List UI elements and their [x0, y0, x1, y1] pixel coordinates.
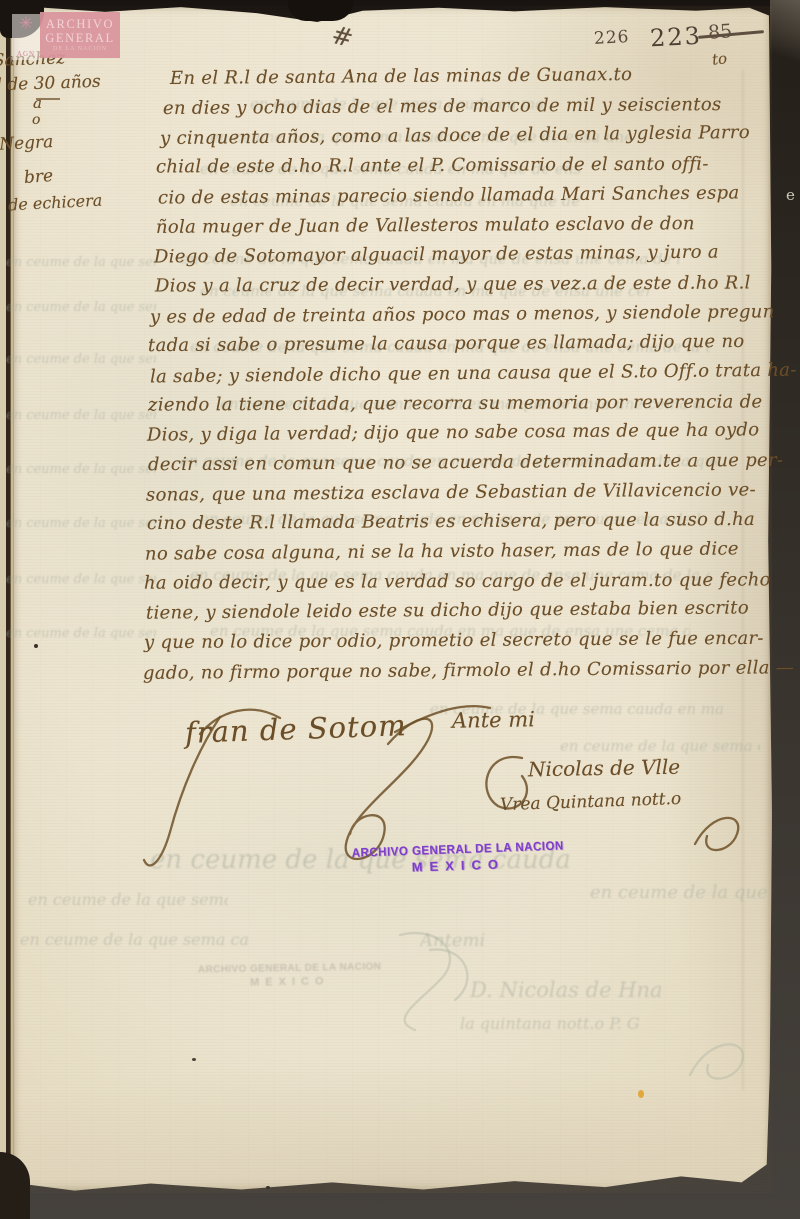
- paper-speck: [266, 1186, 270, 1189]
- ghost-margin-line: en ceume de la que sema cauda en ma que …: [6, 572, 156, 587]
- ghost-bleedthrough-line: en ceume de la que sema cauda en ma que …: [590, 882, 770, 903]
- body-line: decir assi en comun que no se acuerda de…: [148, 450, 783, 475]
- body-line: En el R.l de santa Ana de las minas de G…: [170, 64, 632, 89]
- ghost-margin-line: en ceume de la que sema cauda en ma que …: [6, 255, 156, 270]
- body-line: ñola muger de Juan de Vallesteros mulato…: [156, 213, 695, 238]
- agn-logo-box: ✳ AGN: [12, 14, 40, 60]
- ghost-bleedthrough-line: en ceume de la que sema cauda en ma que …: [560, 737, 760, 755]
- watermark-line2: GENERAL: [45, 32, 115, 45]
- folio-flourish: to: [711, 49, 728, 68]
- body-line: en dies y ocho dias de el mes de marco d…: [163, 94, 722, 119]
- pencil-folio-number: 226: [594, 27, 630, 49]
- crossed-out-folio-number: 85: [707, 20, 733, 44]
- ghost-margin-line: en ceume de la que sema cauda en ma que …: [6, 300, 156, 315]
- ghost-margin-line: en ceume de la que sema cauda en ma que …: [20, 930, 250, 949]
- manuscript-scan: en ceume de la que sema cauda en ma que …: [0, 0, 800, 1219]
- book-binding-edge: [0, 0, 14, 1219]
- ghost-rubric-flourish: [370, 925, 490, 1035]
- notary-rubric-flourish: [685, 802, 755, 858]
- margin-note: bre: [23, 166, 53, 188]
- agn-watermark-box: ARCHIVO GENERAL DE LA NACIÓN: [40, 12, 120, 58]
- agn-starburst-icon: ✳: [19, 16, 33, 33]
- ghost-margin-line: en ceume de la que sema cauda en ma que …: [6, 408, 156, 423]
- ink-folio-number: 223: [649, 22, 702, 53]
- margin-note: o: [32, 112, 40, 128]
- agn-acronym: AGN: [17, 50, 35, 58]
- page-corner-fold: [770, 0, 800, 80]
- ghost-margin-line: en ceume de la que sema cauda en ma que …: [28, 890, 228, 909]
- paper-speck: [192, 1058, 196, 1061]
- ghost-margin-line: en ceume de la que sema cauda en ma que …: [6, 462, 156, 477]
- ghost-margin-line: en ceume de la que sema cauda en ma que …: [6, 626, 156, 641]
- ghost-margin-line: en ceume de la que sema cauda en ma que …: [6, 352, 156, 367]
- watermark-line1: ARCHIVO: [46, 18, 114, 31]
- body-line: ziendo la tiene citada, que recorra su m…: [148, 391, 763, 415]
- ante-mi-label: Ante mi: [452, 707, 535, 732]
- body-line: y que no lo dice por odio, prometio el s…: [144, 628, 764, 653]
- body-line: ha oido decir, y que es la verdad so car…: [144, 569, 771, 593]
- ghost-rubric-flourish: [680, 1030, 770, 1090]
- body-line: chial de este d.ho R.l ante el P. Comiss…: [156, 154, 709, 178]
- body-line: Dios y a la cruz de decir verdad, y que …: [155, 272, 751, 296]
- watermark-line3: DE LA NACIÓN: [53, 46, 107, 53]
- agn-watermark: ✳ AGN ARCHIVO GENERAL DE LA NACIÓN: [10, 10, 122, 60]
- paper-speck: [638, 1090, 644, 1098]
- ghost-margin-line: en ceume de la que sema cauda en ma que …: [6, 516, 156, 531]
- ghost-stamp-line1: ARCHIVO GENERAL DE LA NACION: [198, 961, 382, 975]
- edge-stray-letter: e: [786, 186, 795, 204]
- margin-note: a: [33, 94, 42, 112]
- body-line: tada si sabe o presume la causa porque e…: [148, 331, 745, 356]
- paper-speck: [34, 644, 38, 648]
- notary-signature-name: Nicolas de Vlle: [528, 755, 681, 782]
- body-line: cino deste R.l llamada Beatris es echise…: [147, 509, 755, 534]
- ghost-notary-name: D. Nicolas de Hna: [470, 978, 730, 1002]
- ghost-archive-stamp: ARCHIVO GENERAL DE LA NACION MEXICO: [198, 961, 382, 989]
